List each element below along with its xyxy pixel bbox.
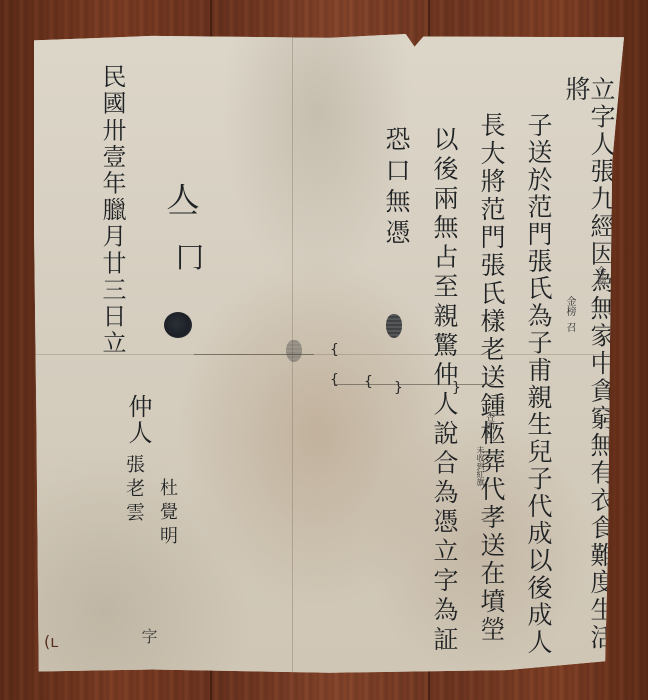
text-column-5: 恐口無憑 [384, 126, 409, 250]
bracket-mark: { [330, 372, 339, 388]
text-column-3: 長大將范門張氏樣老送鍾柩葬代孝送在墳塋 [479, 112, 504, 644]
side-note-jinbang-1: 金榜 [594, 266, 604, 286]
bracket-mark: { [364, 374, 373, 390]
bottom-character-mark: 字 [140, 628, 156, 647]
witness-label: 仲人 [126, 394, 150, 446]
witness-name-zhang: 張老雲 [124, 454, 143, 526]
half-seal-character-he: 亼 [166, 184, 200, 218]
ink-seal-dot [164, 312, 192, 338]
fingerprint-seal-faded [286, 340, 302, 362]
torn-notch: (ʟ [44, 632, 58, 651]
side-note-jinbang-2: 金榜 [564, 296, 574, 316]
fingerprint-seal [386, 314, 402, 338]
date-column: 民國卅壹年臘月廿三日立 [100, 64, 124, 357]
bracket-mark: { [330, 342, 339, 358]
side-note-weishou: 未收到紅旗 [476, 446, 484, 486]
bracket-mark: } [452, 380, 461, 396]
text-column-1: 立字人張九經因為無家中貪窮無有衣食難度生活將 [564, 76, 614, 674]
side-note-zhao: 召 [564, 322, 574, 332]
ink-line [194, 354, 314, 355]
half-seal-character-tong: 冂 [176, 244, 204, 272]
document-paper: 立字人張九經因為無家中貪窮無有衣食難度生活將 子送於范門張氏為子甫親生兒子代成以… [34, 34, 624, 674]
bracket-mark: } [394, 380, 403, 396]
side-note-xingtoushan: 杏頭山 [484, 412, 493, 439]
witness-name-du: 杜覺明 [158, 478, 176, 550]
ink-line [334, 384, 494, 385]
text-column-2: 子送於范門張氏為子甫親生兒子代成以後成人 [526, 112, 551, 656]
